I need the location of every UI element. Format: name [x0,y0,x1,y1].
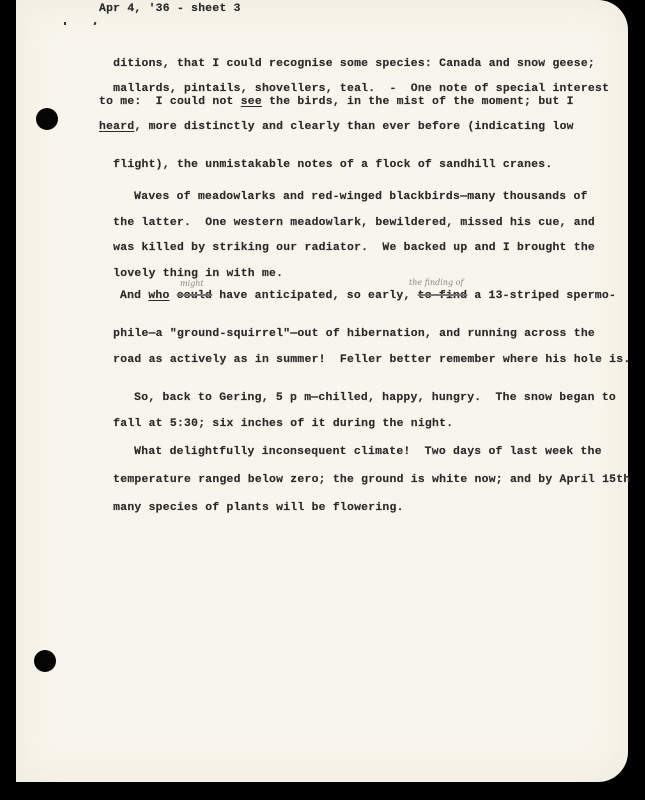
text-line-5: flight), the unmistakable notes of a flo… [99,147,552,171]
text-line-14: fall at 5:30; six inches of it during th… [99,406,453,430]
punch-hole-bottom [34,650,56,672]
text-segment: So, back to Gering, 5 p m—chilled, happy… [134,392,616,404]
text-line-9: lovely thing in with me. [99,256,283,280]
handwritten-annotation-the-finding-of: the finding of [409,278,463,287]
text-segment: flight), the unmistakable notes of a flo… [113,159,552,171]
underlined-word: see [241,96,262,108]
text-segment: to me: I could not [99,96,241,108]
text-line-17: many species of plants will be flowering… [99,490,404,514]
text-line-16: temperature ranged below zero; the groun… [99,462,630,486]
handwritten-annotation-might: might [180,279,204,288]
text-segment: have anticipated, so early, [212,290,417,302]
text-segment: temperature ranged below zero; the groun… [113,474,630,486]
text-line-11: phile—a "ground-squirrel"—out of hiberna… [99,316,595,340]
text-line-6: Waves of meadowlarks and red-winged blac… [120,179,588,203]
text-line-12: road as actively as in summer! Feller be… [99,342,630,366]
text-segment: mallards, pintails, shovellers, teal. - … [113,83,609,95]
text-segment: was killed by striking our radiator. We … [113,242,595,254]
text-segment: Waves of meadowlarks and red-winged blac… [134,191,587,203]
text-line-15: What delightfully inconsequent climate! … [120,434,602,458]
text-segment: What delightfully inconsequent climate! … [134,446,602,458]
text-line-13: So, back to Gering, 5 p m—chilled, happy… [120,380,616,404]
text-line-7: the latter. One western meadowlark, bewi… [99,205,595,229]
text-segment: And [120,290,148,302]
text-segment: road as actively as in summer! Feller be… [113,354,630,366]
underlined-word: heard [99,121,134,133]
struck-word: could [177,290,212,302]
ink-speck [64,22,66,25]
text-segment: , more distinctly and clearly than ever … [134,121,573,133]
text-line-8: was killed by striking our radiator. We … [99,230,595,254]
page-header: Apr 4, '36 - sheet 3 [99,3,241,15]
struck-word: to find [418,290,468,302]
text-line-4: heard, more distinctly and clearly than … [99,121,574,133]
text-segment: a 13-striped spermo- [467,290,616,302]
text-segment: phile—a "ground-squirrel"—out of hiberna… [113,328,595,340]
text-segment: the birds, in the mist of the moment; bu… [262,96,574,108]
text-segment: many species of plants will be flowering… [113,502,404,514]
text-segment: the latter. One western meadowlark, bewi… [113,217,595,229]
text-line-10: And who could have anticipated, so early… [120,290,616,302]
text-segment: fall at 5:30; six inches of it during th… [113,418,453,430]
punch-hole-top [36,108,58,130]
text-line-2: mallards, pintails, shovellers, teal. - … [99,71,609,95]
text-segment: ditions, that I could recognise some spe… [113,58,595,70]
text-segment [170,290,177,302]
text-line-3: to me: I could not see the birds, in the… [99,96,574,108]
text-line-1: ditions, that I could recognise some spe… [99,46,595,70]
underlined-word: who [148,290,169,302]
